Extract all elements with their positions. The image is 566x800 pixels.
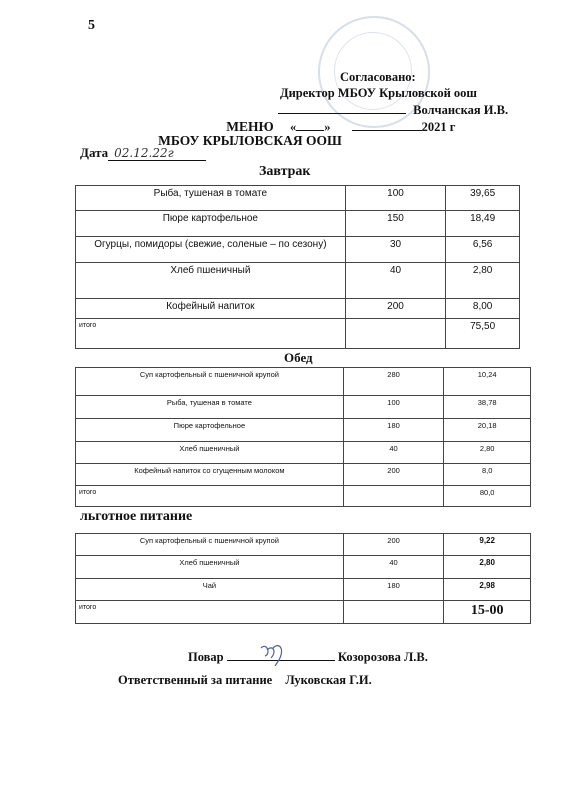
total-row: итого80,0 — [76, 486, 531, 507]
table-row: Кофейный напиток2008,00 — [76, 299, 520, 319]
dish-name: Рыба, тушеная в томате — [76, 396, 344, 419]
dish-quantity: 200 — [343, 534, 444, 556]
table-row: Огурцы, помидоры (свежие, соленые – по с… — [76, 237, 520, 263]
total-row: итого75,50 — [76, 319, 520, 349]
approval-title: Согласовано: — [278, 69, 518, 85]
cook-label: Повар — [188, 650, 224, 664]
responsible-line: Ответственный за питание Луковская Г.И. — [118, 673, 372, 688]
dish-name: Огурцы, помидоры (свежие, соленые – по с… — [76, 237, 346, 263]
dish-name: Кофейный напиток — [76, 299, 346, 319]
dish-price: 2,98 — [444, 579, 531, 601]
dish-price: 39,65 — [446, 186, 520, 211]
date-value: 02.12.22г — [108, 146, 206, 161]
dish-price: 20,18 — [444, 419, 531, 442]
dish-name: Хлеб пшеничный — [76, 442, 344, 464]
date-row: Дата02.12.22г — [80, 145, 206, 161]
dish-name: Суп картофельный с пшеничной крупой — [76, 368, 344, 396]
dish-name: Хлеб пшеничный — [76, 263, 346, 299]
lunch-table: Суп картофельный с пшеничной крупой28010… — [75, 367, 531, 507]
subsidized-table: Суп картофельный с пшеничной крупой2009,… — [75, 533, 531, 624]
dish-quantity: 40 — [343, 556, 444, 579]
director-name: Волчанская И.В. — [413, 103, 508, 117]
dish-price: 9,22 — [444, 534, 531, 556]
dish-name: Пюре картофельное — [76, 211, 346, 237]
dish-quantity: 180 — [343, 579, 444, 601]
table-row: Суп картофельный с пшеничной крупой2009,… — [76, 534, 531, 556]
dish-quantity: 200 — [345, 299, 446, 319]
total-price: 75,50 — [446, 319, 520, 349]
table-row: Рыба, тушеная в томате10039,65 — [76, 186, 520, 211]
total-quantity-empty — [343, 601, 444, 624]
table-row: Хлеб пшеничный402,80 — [76, 556, 531, 579]
dish-name: Хлеб пшеничный — [76, 556, 344, 579]
dish-price: 2,80 — [444, 442, 531, 464]
signature-blank — [278, 101, 406, 114]
dish-price: 6,56 — [446, 237, 520, 263]
dish-price: 2,80 — [444, 556, 531, 579]
total-quantity-empty — [345, 319, 446, 349]
dish-quantity: 100 — [345, 186, 446, 211]
breakfast-table: Рыба, тушеная в томате10039,65Пюре карто… — [75, 185, 520, 349]
total-row: итого15-00 — [76, 601, 531, 624]
table-row: Пюре картофельное15018,49 — [76, 211, 520, 237]
table-row: Суп картофельный с пшеничной крупой28010… — [76, 368, 531, 396]
table-row: Пюре картофельное18020,18 — [76, 419, 531, 442]
dish-price: 2,80 — [446, 263, 520, 299]
dish-name: Пюре картофельное — [76, 419, 344, 442]
month-blank — [352, 118, 422, 131]
date-label: Дата — [80, 145, 108, 160]
dish-quantity: 200 — [343, 464, 444, 486]
subsidized-title: льготное питание — [80, 509, 192, 525]
cook-name: Козорозова Л.В. — [338, 650, 428, 664]
table-row: Хлеб пшеничный402,80 — [76, 442, 531, 464]
dish-price: 10,24 — [444, 368, 531, 396]
dish-price: 8,00 — [446, 299, 520, 319]
total-price: 80,0 — [444, 486, 531, 507]
approval-position: Директор МБОУ Крыловской оош — [278, 85, 518, 101]
dish-name: Чай — [76, 579, 344, 601]
menu-heading: МЕНЮ МБОУ КРЫЛОВСКАЯ ООШ — [150, 120, 350, 148]
table-row: Кофейный напиток со сгущенным молоком200… — [76, 464, 531, 486]
total-quantity-empty — [343, 486, 444, 507]
menu-title: МЕНЮ — [150, 120, 350, 134]
breakfast-title: Завтрак — [259, 164, 311, 180]
dish-price: 8,0 — [444, 464, 531, 486]
dish-name: Кофейный напиток со сгущенным молоком — [76, 464, 344, 486]
dish-price: 38,78 — [444, 396, 531, 419]
approval-signature-line: Волчанская И.В. — [278, 101, 518, 118]
cook-signature-line: Повар Козорозова Л.В. — [188, 648, 428, 665]
cook-signature-icon — [227, 648, 335, 661]
total-label: итого — [76, 486, 344, 507]
approval-year: 2021 г — [422, 120, 456, 134]
dish-quantity: 40 — [343, 442, 444, 464]
total-label: итого — [76, 319, 346, 349]
dish-name: Суп картофельный с пшеничной крупой — [76, 534, 344, 556]
total-label: итого — [76, 601, 344, 624]
lunch-title: Обед — [284, 350, 313, 366]
responsible-name: Луковская Г.И. — [285, 673, 371, 687]
total-price: 15-00 — [444, 601, 531, 624]
dish-price: 18,49 — [446, 211, 520, 237]
dish-quantity: 150 — [345, 211, 446, 237]
dish-quantity: 30 — [345, 237, 446, 263]
dish-quantity: 180 — [343, 419, 444, 442]
responsible-label: Ответственный за питание — [118, 673, 272, 687]
page-number: 5 — [88, 18, 95, 34]
dish-quantity: 40 — [345, 263, 446, 299]
table-row: Чай1802,98 — [76, 579, 531, 601]
dish-quantity: 100 — [343, 396, 444, 419]
dish-name: Рыба, тушеная в томате — [76, 186, 346, 211]
table-row: Хлеб пшеничный402,80 — [76, 263, 520, 299]
dish-quantity: 280 — [343, 368, 444, 396]
table-row: Рыба, тушеная в томате10038,78 — [76, 396, 531, 419]
